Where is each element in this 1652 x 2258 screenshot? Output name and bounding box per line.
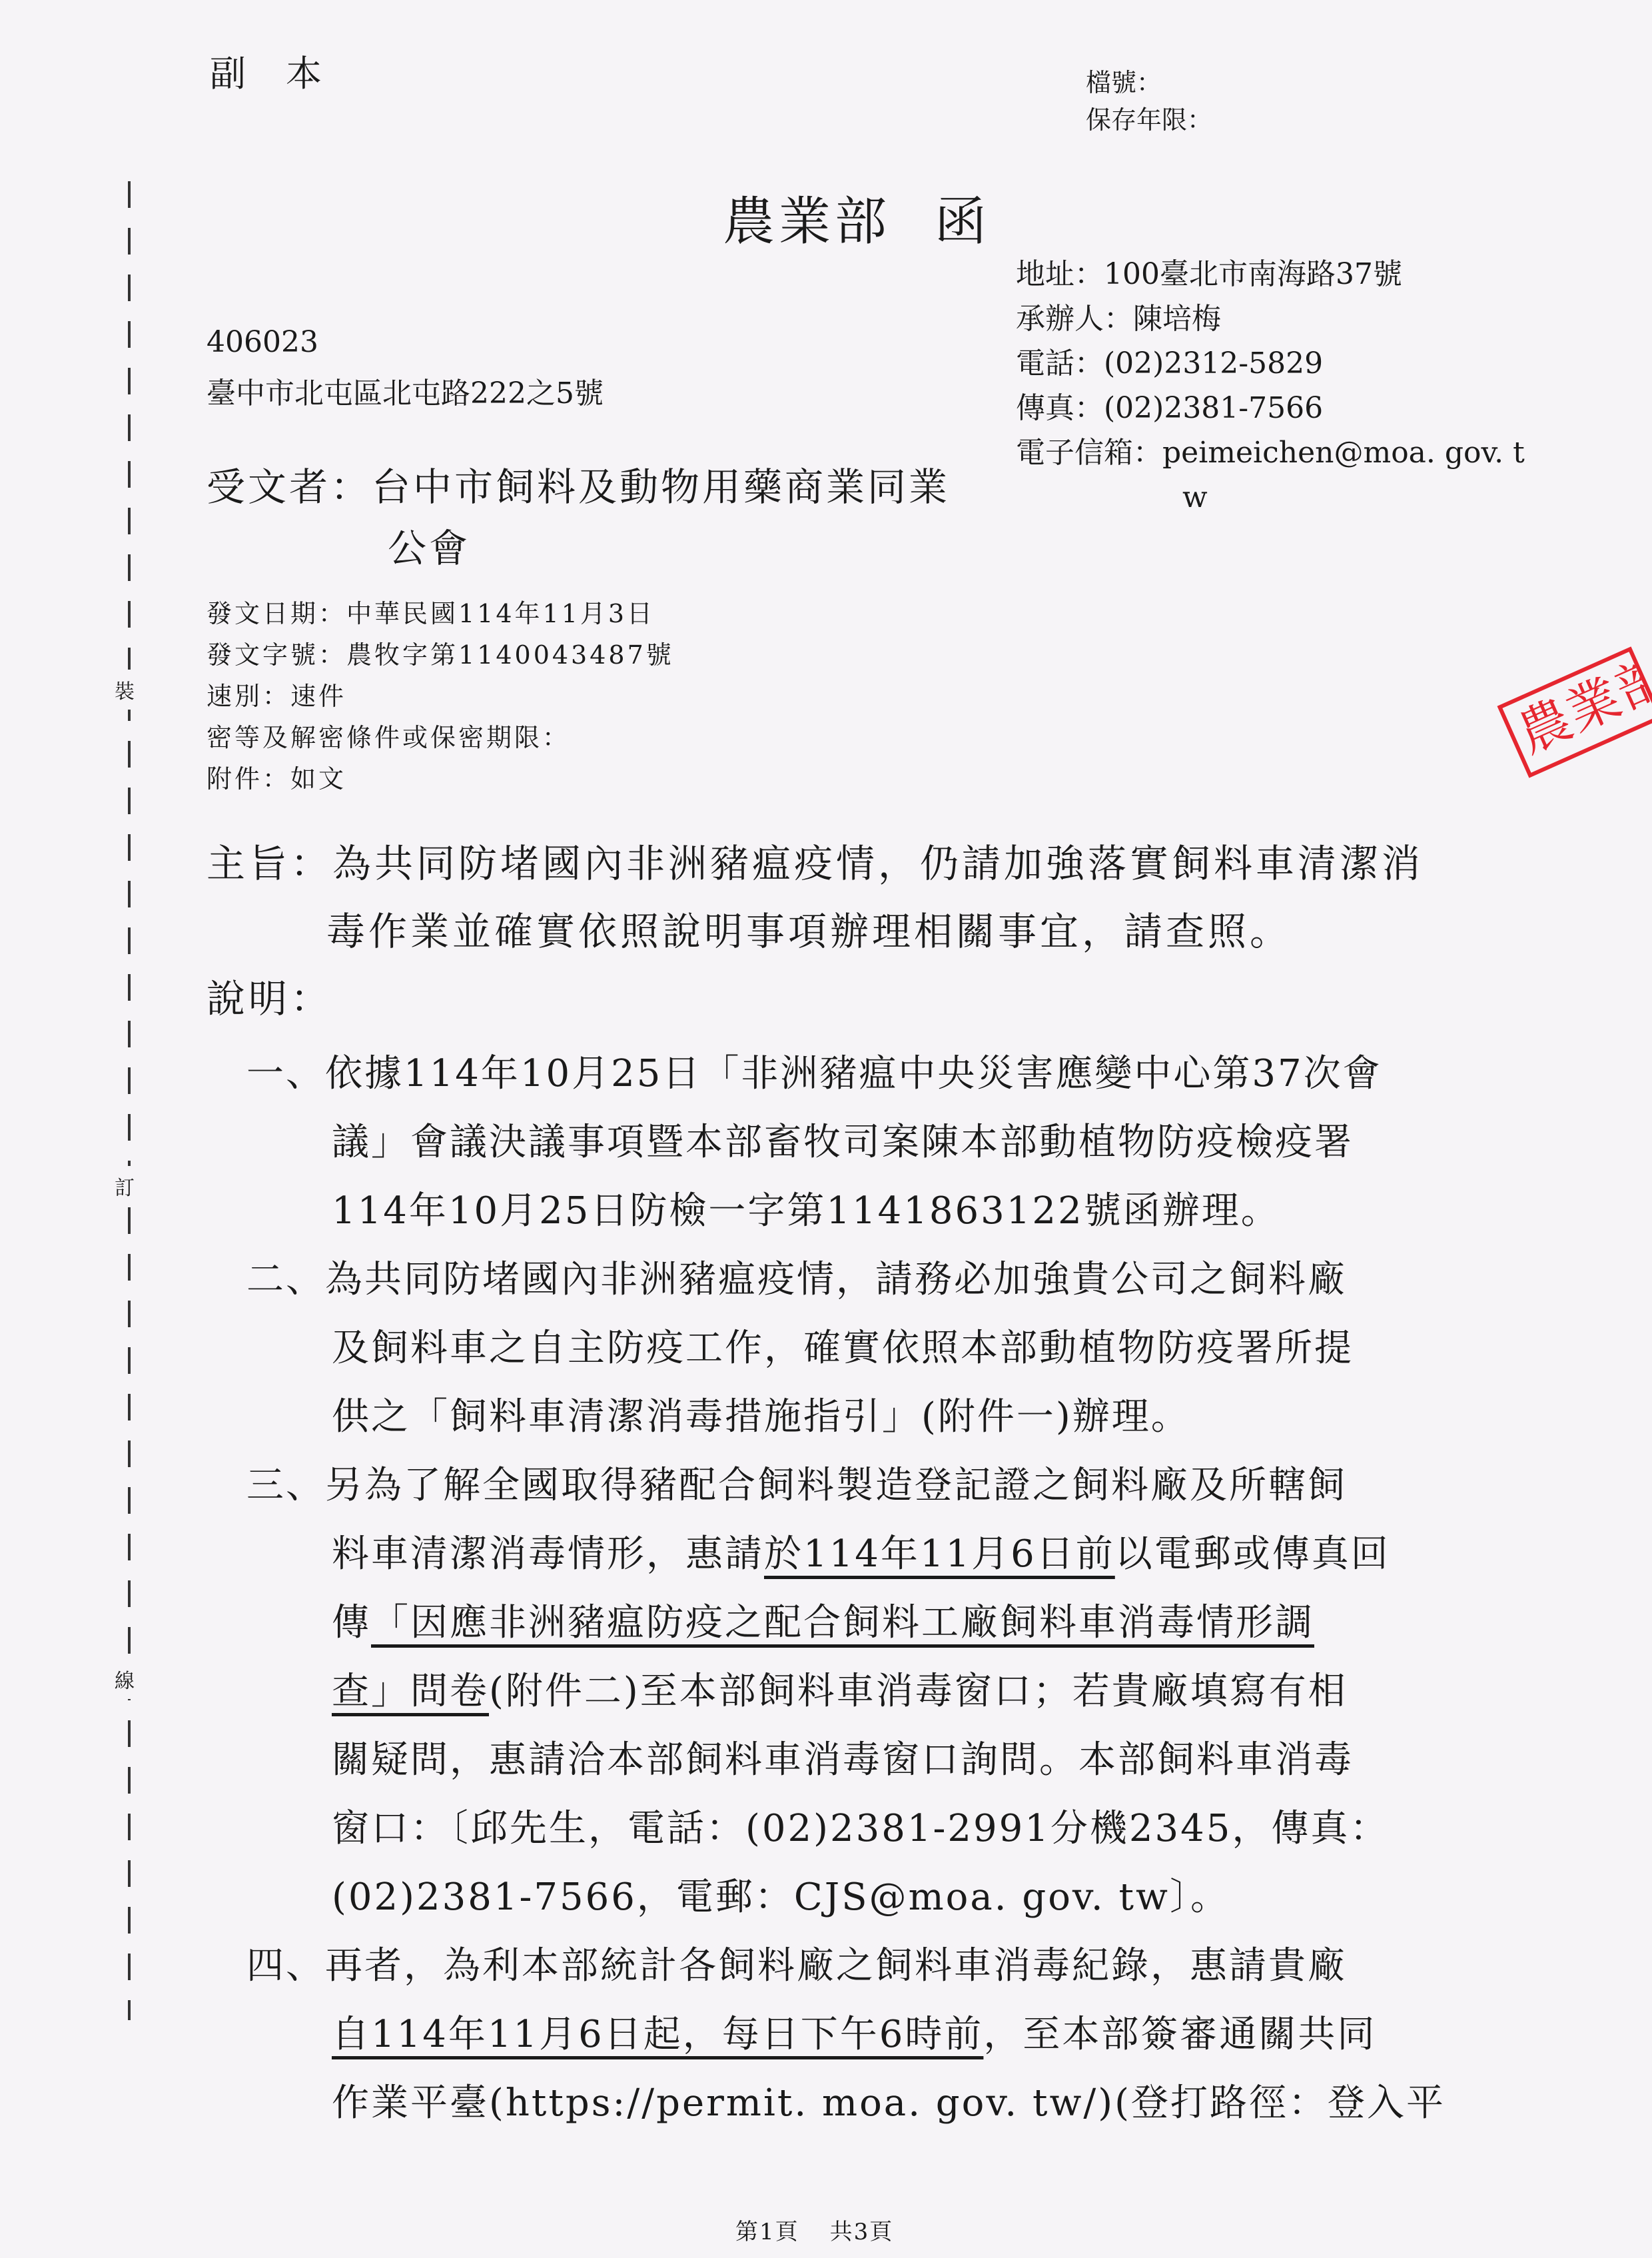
survey-title-underline: 「因應非洲豬瘟防疫之配合飼料工廠飼料車消毒情形調	[371, 1601, 1314, 1644]
page-total: 共3頁	[830, 2219, 894, 2245]
recipient-zip: 406023	[206, 325, 318, 359]
sender-email-tail: w	[1016, 475, 1525, 520]
subject-label: 主旨：	[206, 841, 332, 886]
addressee-label: 受文者：	[206, 464, 372, 510]
binding-mark-line: 線	[115, 1659, 135, 1699]
contact-window: 窗口：〔邱先生，電話：(02)2381-2991分機2345，傳真：	[246, 1794, 1445, 1863]
explanation-item-1: 一、依據114年10月25日「非洲豬瘟中央災害應變中心第37次會 議」會議決議事…	[246, 1039, 1445, 1245]
explanation-item-3: 三、另為了解全國取得豬配合飼料製造登記證之飼料廠及所轄飼 料車清潔消毒情形，惠請…	[246, 1451, 1445, 1932]
addressee-name: 台中市飼料及動物用藥商業同業	[372, 464, 950, 510]
sender-phone: 電話：(02)2312-5829	[1016, 341, 1525, 386]
recipient-address: 臺中市北屯區北屯路222之5號	[206, 369, 604, 412]
official-seal: 農業部	[1497, 646, 1652, 778]
retention-label: 保存年限：	[1086, 101, 1212, 139]
explanation-item-2: 二、為共同防堵國內非洲豬瘟疫情，請務必加強貴公司之飼料廠 及飼料車之自主防疫工作…	[246, 1245, 1445, 1451]
issue-date: 發文日期：中華民國114年11月3日	[206, 593, 674, 634]
item-number: 二、	[246, 1258, 325, 1301]
addressee: 受文者：台中市飼料及動物用藥商業同業 公會	[206, 456, 950, 579]
explanation-item-4: 四、再者，為利本部統計各飼料廠之飼料車消毒紀錄，惠請貴廠 自114年11月6日起…	[246, 1932, 1445, 2137]
addressee-name-cont: 公會	[206, 518, 950, 579]
sender-email: 電子信箱：peimeichen@moa. gov. t	[1016, 430, 1525, 475]
document-meta: 發文日期：中華民國114年11月3日 發文字號：農牧字第1140043487號 …	[206, 593, 674, 800]
urgency: 速別：速件	[206, 676, 674, 717]
item-number: 四、	[246, 1944, 325, 1987]
page-footer: 第1頁共3頁	[735, 2213, 893, 2246]
file-number-label: 檔號：	[1086, 64, 1212, 101]
binding-mark-bind: 裝	[115, 670, 135, 710]
sender-handler: 承辦人：陳培梅	[1016, 296, 1525, 341]
subject-text-cont: 毒作業並確實依照說明事項辦理相關事宜，請查照。	[206, 897, 1424, 965]
platform-url: 作業平臺(https://permit. moa. gov. tw/)(登打路徑…	[246, 2069, 1445, 2137]
binding-mark-staple: 訂	[115, 1166, 135, 1206]
item-number: 一、	[246, 1052, 325, 1095]
sender-fax: 傳真：(02)2381-7566	[1016, 386, 1525, 430]
survey-title-underline-cont: 查」問卷	[332, 1670, 489, 1713]
subject-text: 為共同防堵國內非洲豬瘟疫情，仍請加強落實飼料車清潔消	[332, 841, 1424, 886]
page-title: 農業部函	[723, 180, 991, 255]
agency-name: 農業部	[723, 192, 891, 252]
sender-address: 地址：100臺北市南海路37號	[1016, 252, 1525, 296]
item-number: 三、	[246, 1464, 325, 1507]
contact-window-cont: (02)2381-7566，電郵：CJS@moa. gov. tw〕。	[246, 1863, 1445, 1932]
subject: 主旨：為共同防堵國內非洲豬瘟疫情，仍請加強落實飼料車清潔消 毒作業並確實依照說明…	[206, 830, 1424, 965]
explanation-label: 說明：	[206, 967, 332, 1023]
sender-contact: 地址：100臺北市南海路37號 承辦人：陳培梅 電話：(02)2312-5829…	[1016, 252, 1525, 520]
deadline-underline: 於114年11月6日前	[764, 1532, 1115, 1576]
page-number: 第1頁	[735, 2219, 799, 2245]
explanation-items: 一、依據114年10月25日「非洲豬瘟中央災害應變中心第37次會 議」會議決議事…	[246, 1039, 1445, 2137]
copy-mark: 副本	[210, 45, 362, 97]
binding-dashed-line	[128, 181, 131, 2020]
file-meta: 檔號： 保存年限：	[1086, 64, 1212, 139]
classification: 密等及解密條件或保密期限：	[206, 717, 674, 758]
doc-type: 函	[935, 192, 991, 252]
doc-number: 發文字號：農牧字第1140043487號	[206, 634, 674, 676]
daily-deadline-underline: 自114年11月6日起，每日下午6時前	[332, 2013, 983, 2056]
attachments: 附件：如文	[206, 758, 674, 800]
